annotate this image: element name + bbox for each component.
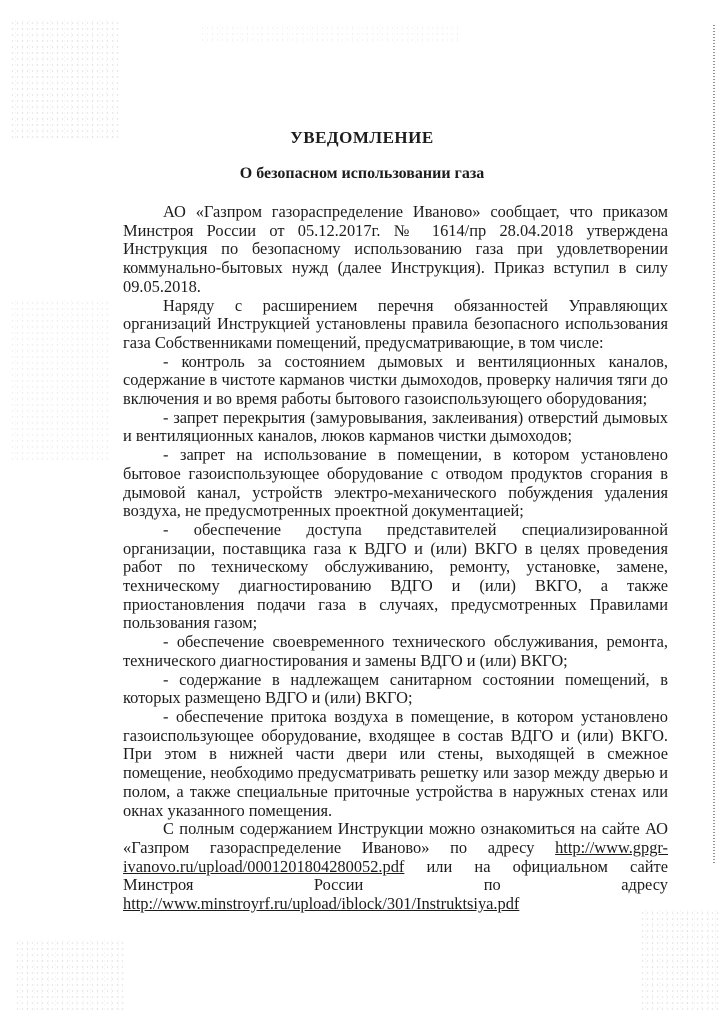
paragraph-closing: С полным содержанием Инструкции можно оз… (123, 820, 668, 914)
list-item-no-blocking: - запрет перекрытия (замуровывания, закл… (123, 409, 668, 446)
paragraph-obligations: Наряду с расширением перечня обязанносте… (123, 297, 668, 353)
document-subtitle: О безопасном использовании газа (0, 165, 724, 183)
list-item-access-provision: - обеспечение доступа представителей спе… (123, 521, 668, 633)
list-item-no-extraction-devices: - запрет на использование в помещении, в… (123, 446, 668, 521)
scan-noise-left-margin (10, 300, 110, 460)
paragraph-intro: АО «Газпром газораспределение Иваново» с… (123, 203, 668, 297)
document-title: УВЕДОМЛЕНИЕ (0, 128, 724, 148)
scan-edge-line (713, 25, 715, 865)
scanned-document-page: УВЕДОМЛЕНИЕ О безопасном использовании г… (0, 0, 724, 1024)
scan-noise-top-center (200, 25, 460, 45)
link-minstroy[interactable]: http://www.minstroyrf.ru/upload/iblock/3… (123, 894, 519, 913)
scan-noise-bottom-left (15, 940, 125, 1010)
scan-noise-bottom-right (640, 910, 720, 1010)
document-body: АО «Газпром газораспределение Иваново» с… (123, 203, 668, 914)
list-item-maintenance: - обеспечение своевременного техническог… (123, 633, 668, 670)
list-item-air-supply: - обеспечение притока воздуха в помещени… (123, 708, 668, 820)
list-item-ventilation-control: - контроль за состоянием дымовых и венти… (123, 353, 668, 409)
scan-noise-top-left (10, 20, 120, 140)
list-item-sanitary: - содержание в надлежащем санитарном сос… (123, 671, 668, 708)
